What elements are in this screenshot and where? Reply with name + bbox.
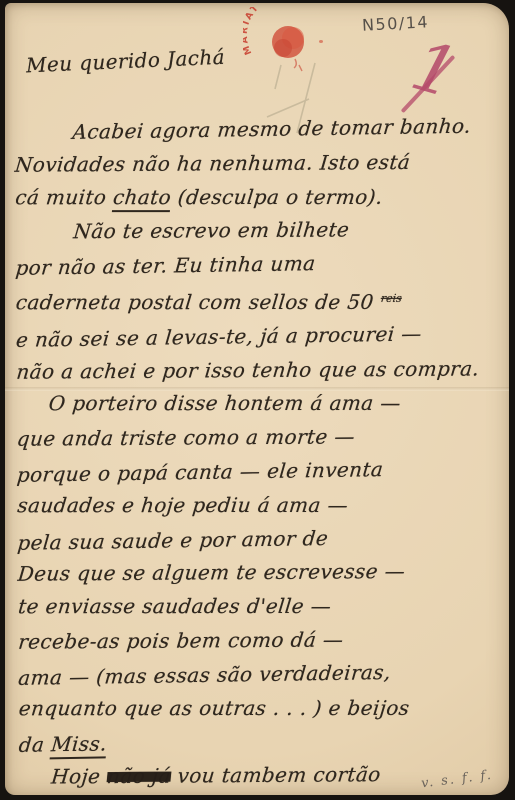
letter-line-segment: não a achei e por isso tenho que as comp…	[15, 356, 480, 383]
letter-line-segment: saudades e hoje pediu á ama —	[16, 493, 349, 517]
letter-line-segment: porque o papá canta — ele inventa	[16, 457, 384, 487]
letter-line-segment: da	[18, 733, 52, 758]
ink-speck	[319, 40, 323, 43]
letter-line: por não as ter. Eu tinha uma	[14, 244, 503, 285]
letter-line: cá muito chato (desculpa o termo).	[14, 180, 503, 214]
letter-line: recebe-as pois bem como dá —	[17, 622, 506, 659]
letter-line: te enviasse saudades d'elle —	[16, 590, 505, 624]
letter-line-segment: vou tambem cortão	[170, 762, 382, 787]
letter-line: enquanto que as outras . . . ) e beijos	[17, 691, 506, 725]
letter-line-segment-scribble: não já	[106, 764, 172, 788]
letter-line: Deus que se alguem te escrevesse —	[16, 555, 505, 592]
letter-line-segment: Novidades não ha nenhuma. Isto está	[14, 150, 412, 177]
letter-line: porque o papá canta — ele inventa	[15, 451, 504, 492]
letter-line-segment: ama — (mas essas são verdadeiras,	[17, 660, 392, 690]
letter-line-segment: Hoje	[50, 764, 108, 788]
letter-line-segment: te enviasse saudades d'elle —	[17, 594, 332, 618]
letter-line: caderneta postal com sellos de 50 reis	[14, 282, 504, 320]
letter-line-segment: Acabei agora mesmo de tomar banho.	[72, 114, 472, 144]
letter-line: não a achei e por isso tenho que as comp…	[15, 352, 504, 389]
letter-line-segment: e não sei se a levas-te, já a procurei —	[15, 321, 423, 351]
scanned-letter-photo: MARIATEGUI N50/14 1 Meu querido Jachá Ac…	[0, 0, 515, 800]
letter-line-segment-sup: reis	[380, 292, 402, 305]
letter-line-segment: recebe-as pois bem como dá —	[17, 627, 344, 653]
letter-line-segment: caderneta postal com sellos de 50	[15, 290, 382, 314]
letter-line: saudades e hoje pediu á ama —	[16, 489, 505, 523]
letter-line-segment: cá muito	[14, 185, 114, 209]
letter-line-segment: pela sua saude e por amor de	[16, 525, 329, 554]
letter-line: O porteiro disse hontem á ama —	[15, 387, 504, 421]
letter-line-segment: (desculpa o termo).	[170, 184, 384, 208]
salutation-line: Meu querido Jachá	[26, 45, 226, 78]
letter-line: Acabei agora mesmo de tomar banho.	[13, 109, 502, 150]
letter-line: e não sei se a levas-te, já a procurei —	[14, 316, 503, 357]
letter-body: Acabei agora mesmo de tomar banho.Novida…	[15, 111, 506, 794]
letter-line-segment: O porteiro disse hontem á ama —	[48, 391, 402, 415]
letter-line-segment-u: Miss.	[50, 732, 108, 760]
letter-line-segment: Não te escrevo em bilhete	[72, 218, 350, 244]
letter-line-segment: por não as ter. Eu tinha uma	[15, 251, 317, 280]
letter-line-segment: Deus que se alguem te escrevesse —	[17, 559, 407, 586]
letter-line-segment: que anda triste como a morte —	[16, 425, 356, 451]
archive-code: N50/14	[362, 12, 430, 34]
letter-line-segment-u: chato	[112, 185, 173, 212]
letter-page: MARIATEGUI N50/14 1 Meu querido Jachá Ac…	[5, 3, 509, 795]
letter-line: Não te escrevo em bilhete	[14, 213, 503, 250]
letter-line: Novidades não ha nenhuma. Isto está	[13, 145, 502, 182]
letter-line-segment: enquanto que as outras . . . ) e beijos	[18, 695, 411, 719]
letter-line: da Miss.	[17, 722, 506, 763]
letter-line: ama — (mas essas são verdadeiras,	[17, 654, 506, 695]
letter-line: que anda triste como a morte —	[15, 419, 504, 456]
